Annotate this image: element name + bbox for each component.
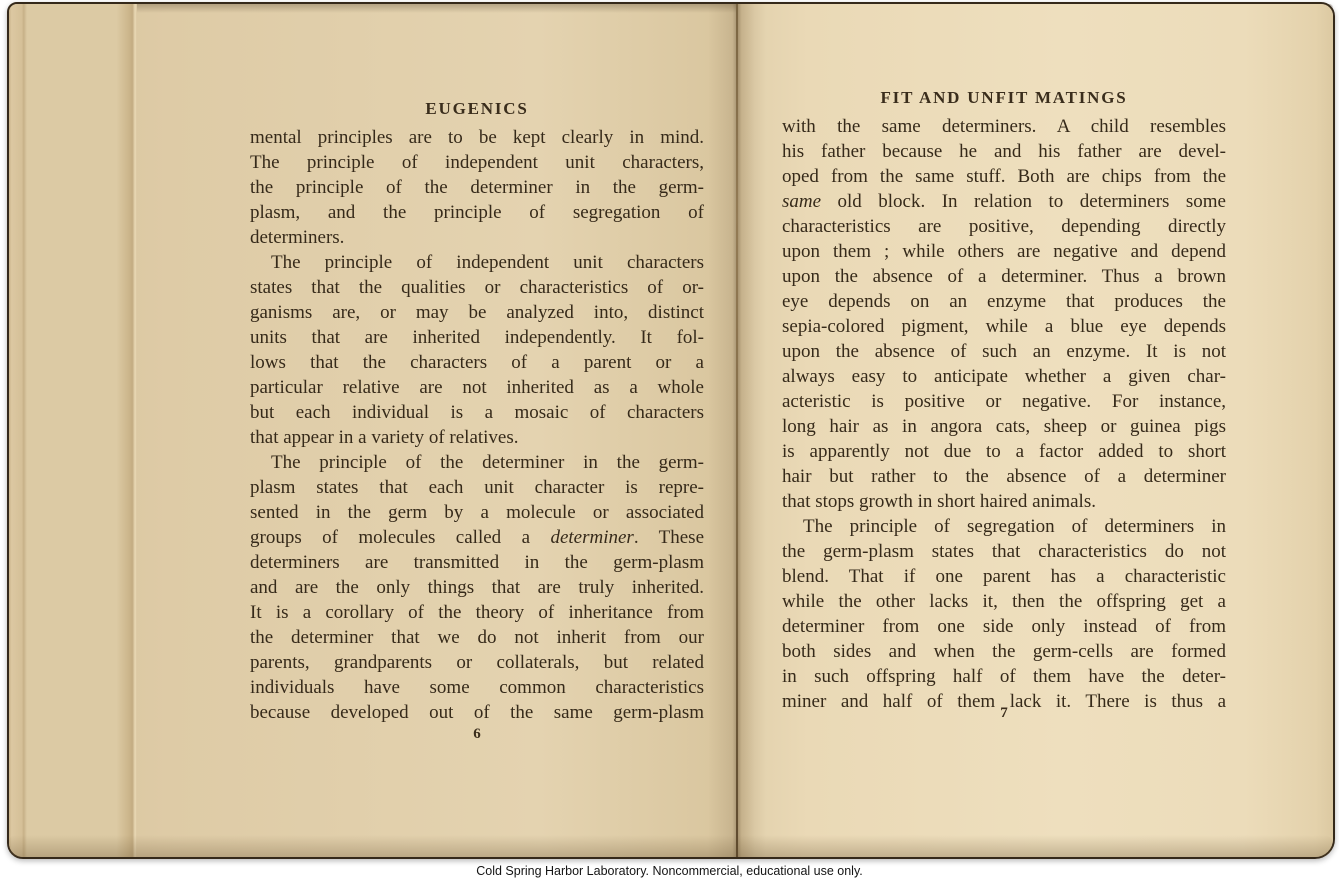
text-line: his father because he and his father are… [782,139,1226,164]
text-line: mental principles are to be kept clearly… [250,125,704,150]
left-page-number: 6 [250,726,704,743]
text-line: states that the qualities or characteris… [250,275,704,300]
text-line: eye depends on an enzyme that produces t… [782,289,1226,314]
photo-background: EUGENICS mental principles are to be kep… [0,0,1339,883]
text-line: The principle of segregation of determin… [782,514,1226,539]
photo-caption: Cold Spring Harbor Laboratory. Noncommer… [0,864,1339,878]
text-line: in such offspring half of them have the … [782,664,1226,689]
text-line: but each individual is a mosaic of chara… [250,400,704,425]
left-page-edges [9,4,137,857]
right-page-header: FIT AND UNFIT MATINGS [782,88,1226,108]
text-line: always easy to anticipate whether a give… [782,364,1226,389]
text-line: units that are inherited independently. … [250,325,704,350]
text-line: hair but rather to the absence of a dete… [782,464,1226,489]
text-line: parents, grandparents or collaterals, bu… [250,650,704,675]
text-line: acteristic is positive or negative. For … [782,389,1226,414]
text-line: and are the only things that are truly i… [250,575,704,600]
text-line: determiner from one side only instead of… [782,614,1226,639]
italic-text: determiner [550,527,633,548]
text-line: groups of molecules called a determiner.… [250,525,704,550]
text-line: upon the absence of such an enzyme. It i… [782,339,1226,364]
text-line: individuals have some common characteris… [250,675,704,700]
text-line: It is a corollary of the theory of inher… [250,600,704,625]
text-line: the germ-plasm states that characteristi… [782,539,1226,564]
text-line: blend. That if one parent has a characte… [782,564,1226,589]
text-line: because developed out of the same germ-p… [250,700,704,725]
text-line: plasm, and the principle of segregation … [250,200,704,225]
text-line: upon the absence of a determiner. Thus a… [782,264,1226,289]
text-line: particular relative are not inherited as… [250,375,704,400]
open-book-photo: EUGENICS mental principles are to be kep… [7,2,1335,859]
text-line: The principle of the determiner in the g… [250,450,704,475]
right-page-number: 7 [782,705,1226,722]
text-line: the determiner that we do not inherit fr… [250,625,704,650]
text-line: oped from the same stuff. Both are chips… [782,164,1226,189]
text-line: The principle of independent unit charac… [250,250,704,275]
text-line: that appear in a variety of relatives. [250,425,704,450]
text-line: is apparently not due to a factor added … [782,439,1226,464]
text-line: the principle of the determiner in the g… [250,175,704,200]
text-line: that stops growth in short haired animal… [782,489,1226,514]
text-line: sepia-colored pigment, while a blue eye … [782,314,1226,339]
text-line: both sides and when the germ-cells are f… [782,639,1226,664]
text-line: while the other lacks it, then the offsp… [782,589,1226,614]
italic-text: same [782,191,821,212]
text-line: determiners. [250,225,704,250]
text-line: same old block. In relation to determine… [782,189,1226,214]
left-page-header: EUGENICS [250,99,704,119]
text-line: The principle of independent unit charac… [250,150,704,175]
right-page-text: with the same determiners. A child resem… [782,114,1226,714]
text-line: characteristics are positive, depending … [782,214,1226,239]
book-gutter [736,4,738,857]
text-line: sented in the germ by a molecule or asso… [250,500,704,525]
text-line: lows that the characters of a parent or … [250,350,704,375]
text-line: upon them ; while others are negative an… [782,239,1226,264]
text-line: plasm states that each unit character is… [250,475,704,500]
text-line: ganisms are, or may be analyzed into, di… [250,300,704,325]
left-page-text: mental principles are to be kept clearly… [250,125,704,725]
text-line: long hair as in angora cats, sheep or gu… [782,414,1226,439]
text-line: determiners are transmitted in the germ-… [250,550,704,575]
text-line: with the same determiners. A child resem… [782,114,1226,139]
